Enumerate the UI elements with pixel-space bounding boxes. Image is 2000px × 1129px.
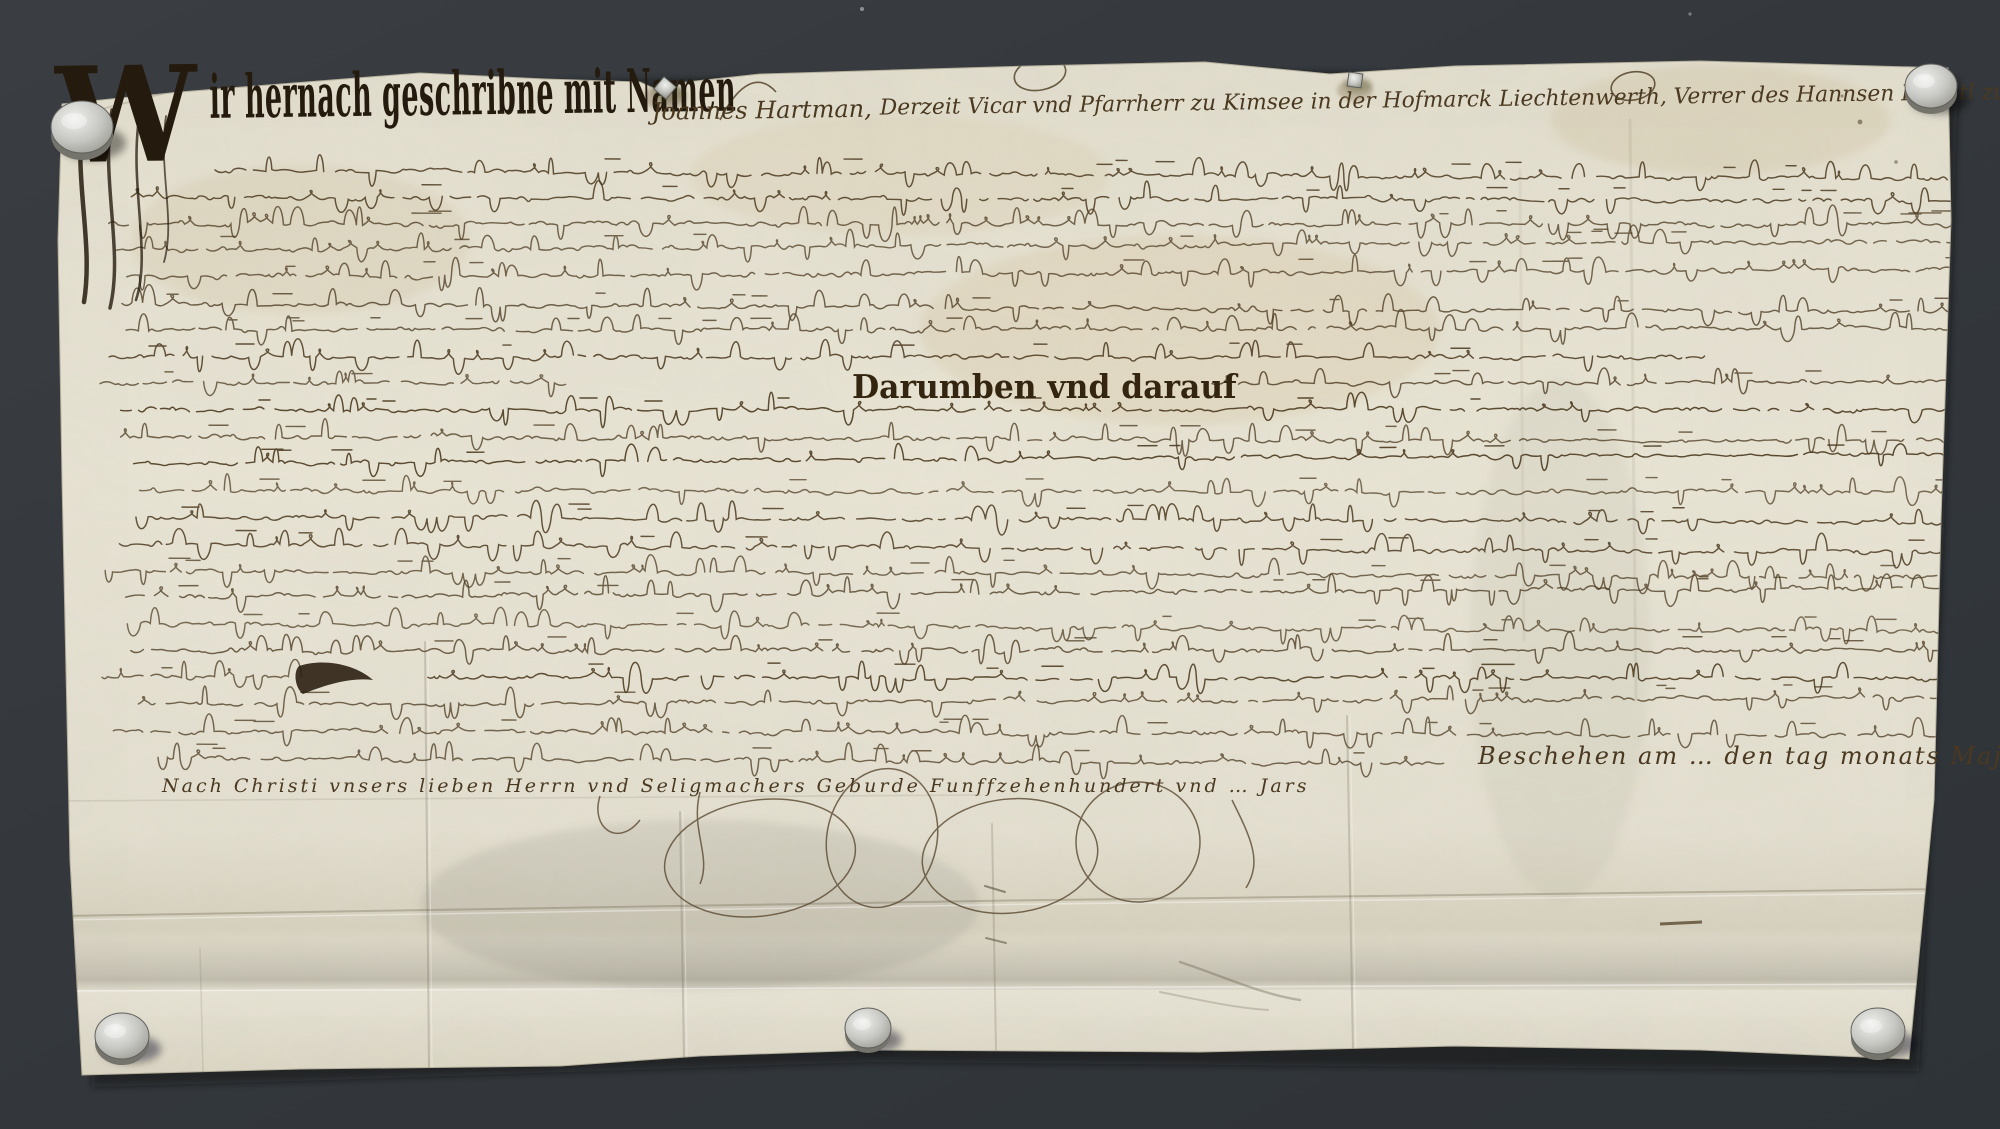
closing-line: Nach Christi vnsers lieben Herrn vnd Sel… [161, 775, 1309, 797]
dust-speck [1688, 12, 1691, 15]
paragraph-marker: Darumben vnd darauf [852, 367, 1239, 406]
parchment-surface [50, 50, 1986, 1090]
date-fragment: Beschehen am … den tag monats Maj [1477, 742, 2000, 770]
charter-scene: W ir hernach geschribne mit Namen Joanne… [0, 0, 2000, 1129]
dust-speck [860, 7, 864, 11]
charter-photograph: W ir hernach geschribne mit Namen Joanne… [0, 0, 2000, 1129]
